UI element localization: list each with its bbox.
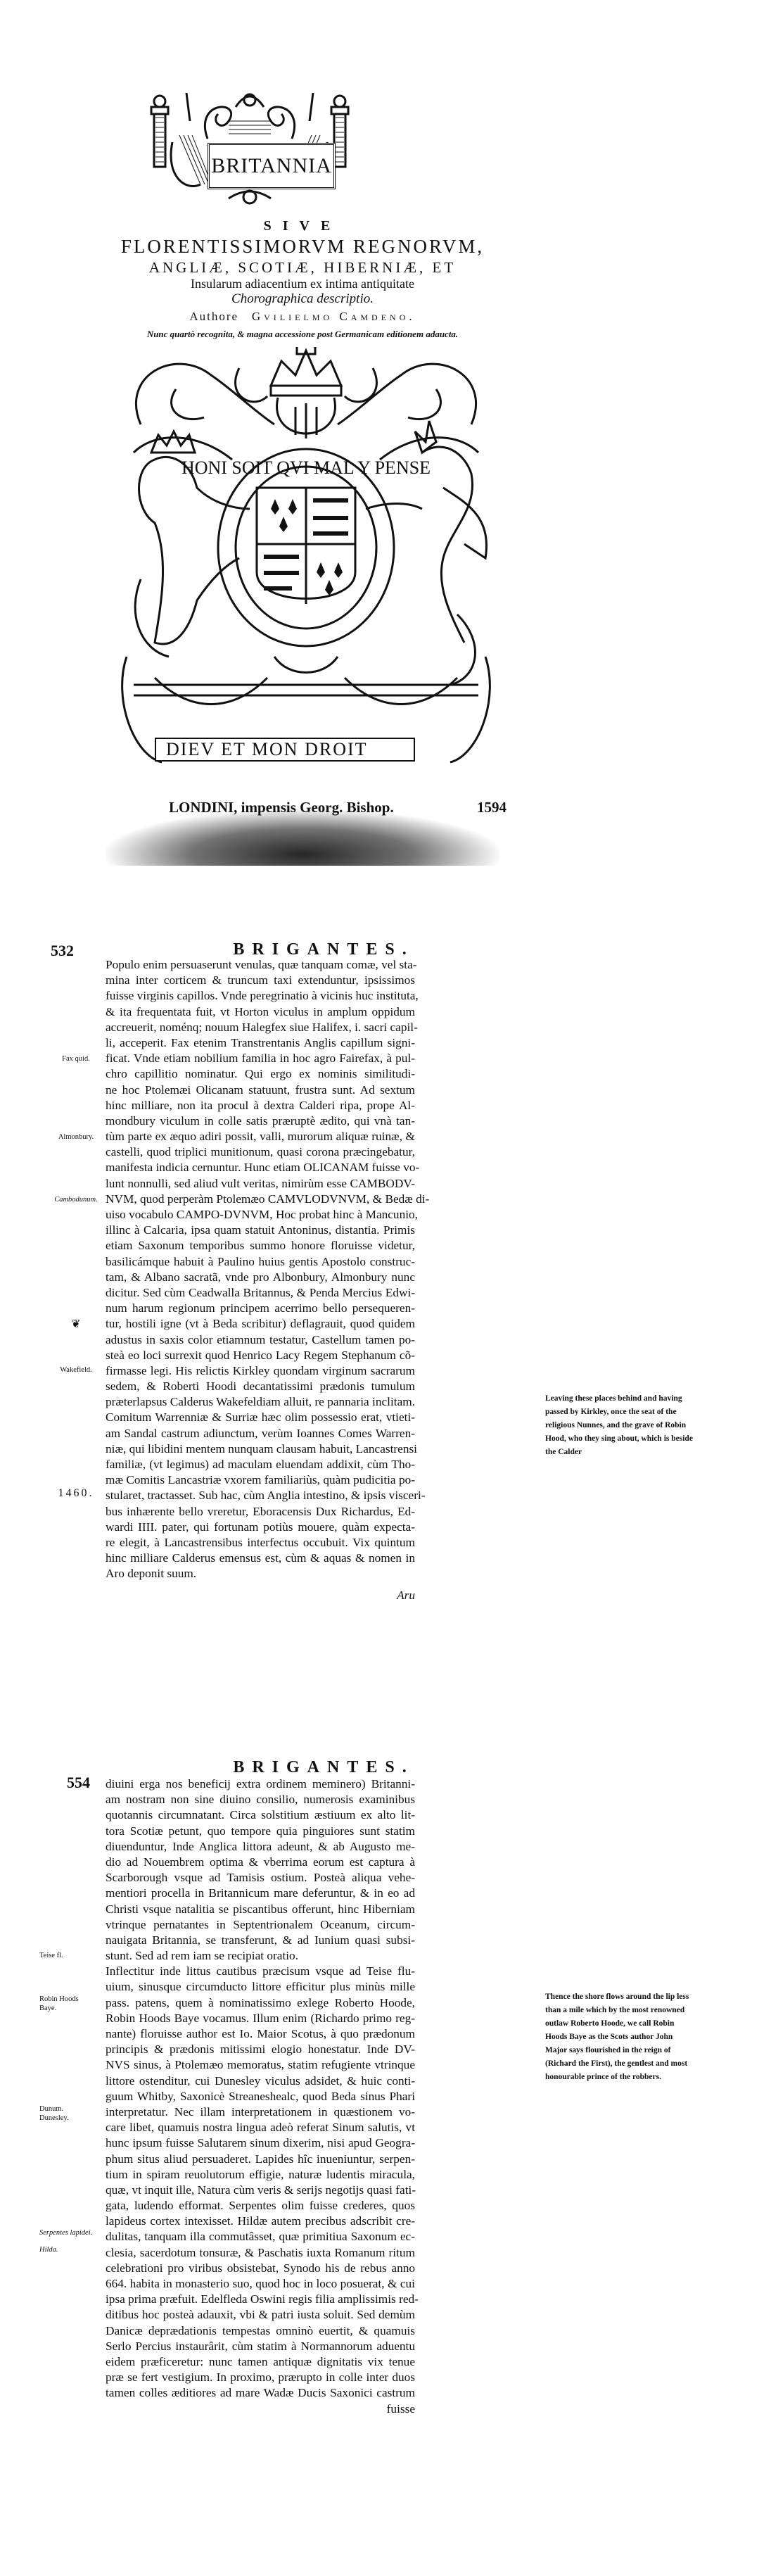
text-line: firmasse legi. His relictis Kirkley quon…	[106, 1363, 415, 1379]
title-main-line: FLORENTISSIMORVM REGNORVM,	[91, 236, 514, 258]
coat-of-arms-icon: HONI SOIT QVI MAL Y PENSE	[113, 347, 499, 769]
text-line: ne hoc Ptolemæi Olicanam statuunt, frust…	[106, 1082, 415, 1098]
text-line: adustus in saxis color etiamnum testatur…	[106, 1332, 415, 1348]
title-author: Authore Gvilielmo Camdeno.	[106, 310, 499, 324]
english-translation-note: Thence the shore flows around the lip le…	[545, 1990, 696, 2084]
text-line: tamen colles æditiores ad mare Wadæ Duci…	[106, 2385, 415, 2401]
text-line: præ se fert vestigium. In proximo, præru…	[106, 2370, 415, 2385]
text-line: mæ Comitis Lancastriæ vxorem familiariùs…	[106, 1472, 415, 1488]
text-line: NVM, quod perperàm Ptolemæo CAMVLODVNVM,…	[106, 1192, 415, 1207]
text-line: celebrationi pro viribus obsistebat, Syn…	[106, 2261, 415, 2276]
title-sive: SIVE	[106, 218, 499, 234]
imprint-year: 1594	[477, 799, 506, 816]
text-line: manifesta indicia cernuntur. Hunc etiam …	[106, 1160, 415, 1175]
page-number: 532	[51, 942, 74, 960]
text-line: mina inter corticem & truncum taxi exten…	[106, 973, 415, 988]
margin-note-cambodunum: Cambodunum.	[41, 1195, 111, 1204]
text-line: wardi IIII. pater, qui fortunam potiùs m…	[106, 1520, 415, 1535]
text-page-554: 554 BRIGANTES. diuini erga nos beneficij…	[0, 1731, 771, 2576]
running-head: BRIGANTES.	[211, 940, 436, 959]
catchword: fuisse	[106, 2401, 415, 2417]
text-line: illinc à Calcaria, ipsa quam statuit Ant…	[106, 1223, 415, 1238]
text-line: quotannis circumnatant. Circa solstitium…	[106, 1807, 415, 1823]
title-kingdoms-line: ANGLIÆ, SCOTIÆ, HIBERNIÆ, ET	[106, 259, 499, 277]
text-line: ditibus hoc posteà adauxit, vbi & patri …	[106, 2307, 415, 2323]
text-line: Christi vsque natalitia se piscantibus o…	[106, 1902, 415, 1917]
page-body-text: Populo enim persuaserunt venulas, quæ ta…	[106, 957, 415, 1603]
text-line: Aro deponit suum.	[106, 1566, 415, 1581]
text-line: Robin Hoods Baye vocamus. Illum enim (Ri…	[106, 2011, 415, 2026]
margin-note-dunum-dunesley: Dunum. Dunesley.	[39, 2104, 89, 2123]
text-line: stunt. Sed ad rem iam se recipiat oratio…	[106, 1948, 415, 1964]
text-line: Populo enim persuaserunt venulas, quæ ta…	[106, 957, 415, 973]
running-head: BRIGANTES.	[211, 1758, 436, 1777]
margin-note-hilda: Hilda.	[39, 2245, 110, 2254]
text-line: am nostram non sine diuino consilio, num…	[106, 1792, 415, 1807]
text-line: hinc milliare Calderus emensus est, cùm …	[106, 1551, 415, 1566]
text-line: Inflectitur inde littus cautibus præcisu…	[106, 1964, 415, 1979]
text-line: vtrinque pernatantes in Septentrionalem …	[106, 1917, 415, 1933]
title-page: BRITANNIA SIVE FLORENTISSIMORVM REGNORVM…	[0, 0, 771, 887]
page-body-text: diuini erga nos beneficij extra ordinem …	[106, 1776, 415, 2417]
margin-note-year-1460: 1460.	[41, 1489, 111, 1498]
text-line: dicitur. Sed cùm Ceadwalla Britannus, & …	[106, 1285, 415, 1301]
text-line: dulitas, tanquam illa commutâsset, quæ p…	[106, 2229, 415, 2244]
text-line: tora Scotiæ petunt, quo tempore quia pin…	[106, 1824, 415, 1839]
text-line: uiso vocabulo CAMPO-DVNVM, Hoc probat hi…	[106, 1207, 415, 1223]
text-line: gata, ludendo efformat. Serpentes olim f…	[106, 2198, 415, 2214]
text-line: ficat. Vnde etiam nobilium familia in ho…	[106, 1051, 415, 1066]
text-line: tùm parte ex æquo adiri possit, valli, m…	[106, 1129, 415, 1144]
text-line: dio ad Nouembrem optima & vberrima eorum…	[106, 1855, 415, 1870]
text-line: guum Whitby, Saxonicè Streaneshealc, quo…	[106, 2089, 415, 2104]
text-line: hunc ipsum fuisse Salutarem sinum dixeri…	[106, 2135, 415, 2151]
text-line: clesia, sacerdotum tonsuræ, & Paschatis …	[106, 2245, 415, 2261]
margin-note-almonbury: Almonbury.	[41, 1132, 111, 1142]
imprint-text: LONDINI, impensis Georg. Bishop.	[169, 799, 394, 816]
royal-motto-banner: DIEV ET MON DROIT	[155, 738, 415, 762]
text-line: li, acceperit. Fax etenim Transtrentanis…	[106, 1035, 415, 1051]
text-line: tium in spiram reuolutorum effigie, natu…	[106, 2167, 415, 2183]
text-line: pass. patens, quem à nominatissimo exleg…	[106, 1995, 415, 2011]
text-line: lapideus cortex intexisset. Hildæ autem …	[106, 2214, 415, 2229]
imprint: LONDINI, impensis Georg. Bishop. 1594	[169, 799, 506, 816]
text-line: Danicæ deprædationis tempestas omninò eu…	[106, 2323, 415, 2339]
margin-note-teise: Teise fl.	[39, 1951, 110, 1960]
garter-motto-text: HONI SOIT QVI MAL Y PENSE	[181, 457, 431, 478]
text-line: interpretatur. Nec illam interpretatione…	[106, 2104, 415, 2120]
text-line: præterlapsus Calderus Wakefeldiam alluit…	[106, 1394, 415, 1410]
text-line: basilicámque habuit à Paulino huius gent…	[106, 1254, 415, 1270]
text-line: diuenduntur, Inde Anglica littora adeunt…	[106, 1839, 415, 1855]
text-line: nauigata Britannia, se transferunt, & ad…	[106, 1933, 415, 1948]
text-line: castelli, quod triplici munitionum, quas…	[106, 1144, 415, 1160]
text-line: NVS sinus, à Ptolemæo memoratus, statim …	[106, 2057, 415, 2073]
text-line: care libet, quamuis nostra lingua adeò r…	[106, 2120, 415, 2135]
text-line: uium, sinusque circumducto littore effic…	[106, 1979, 415, 1995]
text-line: tur, hostili igne (vt à Beda scribitur) …	[106, 1316, 415, 1332]
text-line: nante) floruisse author est Io. Maior Sc…	[106, 2026, 415, 2042]
royal-coat-of-arms: HONI SOIT QVI MAL Y PENSE	[113, 347, 499, 769]
text-line: tam, & Albano sacratã, vnde pro Albonbur…	[106, 1270, 415, 1285]
ink-smudge	[106, 809, 499, 866]
margin-note-wakefield: Wakefield.	[41, 1365, 111, 1375]
text-line: quæ, vt inquit ille, Natura cùm veris & …	[106, 2183, 415, 2198]
text-line: mentiori procella in Britannicum mare de…	[106, 1886, 415, 1901]
text-line: etiam Saxonum temporibus summo honore fl…	[106, 1238, 415, 1254]
text-line: principis & prædonis mitissimi elogio ho…	[106, 2042, 415, 2057]
margin-note-fax-quid: Fax quid.	[41, 1054, 111, 1063]
text-line: eidem præficeretur: nunc tamen antiquæ d…	[106, 2354, 415, 2370]
margin-note-robin-hoods-baye: Robin Hoods Baye.	[39, 1995, 96, 2013]
text-line: sedem, & Roberti Hoodi decantatissimi pr…	[106, 1379, 415, 1394]
text-line: phum situs aliud persuaderet. Lapides hî…	[106, 2152, 415, 2167]
text-line: bus inhærente bello vreretur, Eboracensi…	[106, 1504, 415, 1520]
text-line: hinc milliare, non ita procul à dextra C…	[106, 1098, 415, 1113]
text-line: 664. habita in monasterio suo, quod hoc …	[106, 2276, 415, 2292]
text-line: lunt nonnulli, sed aliud vult veritas, n…	[106, 1176, 415, 1192]
author-name: Gvilielmo Camdeno.	[252, 310, 416, 323]
text-line: steà eo loci surrexit quod Henrico Lacy …	[106, 1348, 415, 1363]
text-line: chro capillitio nominatur. Qui ergo ex n…	[106, 1066, 415, 1082]
text-line: littore ostenditur, cui Dunesley viculus…	[106, 2073, 415, 2089]
text-line: re elegit, à Lancastrensibus interfectus…	[106, 1535, 415, 1551]
page-number: 554	[67, 1774, 90, 1792]
fleuron-icon: ❦	[41, 1320, 111, 1329]
catchword: Aru	[106, 1588, 415, 1603]
text-line: diuini erga nos beneficij extra ordinem …	[106, 1776, 415, 1792]
text-line: & ita frequentata fuit, vt Horton viculu…	[106, 1004, 415, 1020]
text-page-532: 532 BRIGANTES. Populo enim persuaserunt …	[0, 929, 771, 1703]
title-islands-line: Insularum adiacentium ex intima antiquit…	[106, 277, 499, 291]
author-prefix: Authore	[189, 310, 238, 323]
text-line: am Sandal castrum adiunctum, verùm Ioann…	[106, 1426, 415, 1441]
cartouche-title: BRITANNIA	[208, 143, 336, 189]
text-line: mondbury viculum in colle satis præruptè…	[106, 1113, 415, 1129]
english-translation-note: Leaving these places behind and having p…	[545, 1392, 696, 1459]
text-line: stularet, tractasset. Sub hac, cùm Angli…	[106, 1488, 415, 1503]
text-line: accreuerit, noménq; nouum Halegfex siue …	[106, 1020, 415, 1035]
text-line: ipsa prima præfuit. Edelfleda Oswini reg…	[106, 2292, 415, 2307]
margin-note-serpentes-lapidei: Serpentes lapidei.	[39, 2228, 110, 2237]
text-line: num harum regionum principem acerrimo be…	[106, 1301, 415, 1316]
text-line: fuisse virginis capillos. Vnde peregrina…	[106, 988, 415, 1004]
text-line: Comitum Warrenniæ & Surriæ hæc olim poss…	[106, 1410, 415, 1425]
text-line: Scarborough vsque ad Tamisis ostium. Pos…	[106, 1870, 415, 1886]
edition-note: Nunc quartò recognita, & magna accession…	[106, 329, 499, 340]
text-line: niæ, qui libidini mentem nunquam clausam…	[106, 1441, 415, 1457]
text-line: Serlo Percius instaurârit, cùm statim à …	[106, 2339, 415, 2354]
title-chorographica: Chorographica descriptio.	[106, 291, 499, 307]
royal-motto: DIEV ET MON DROIT	[166, 739, 368, 760]
text-line: familiæ, (vt legimus) ad maculam eluenda…	[106, 1457, 415, 1472]
